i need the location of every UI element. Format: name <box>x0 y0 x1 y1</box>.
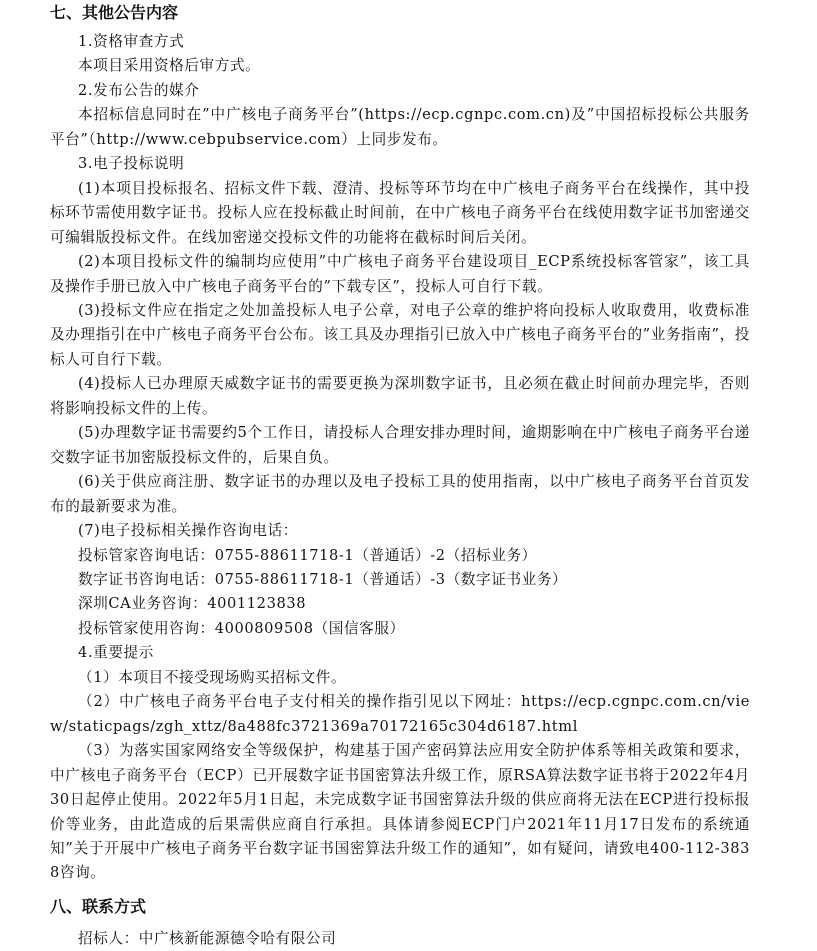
phone-shenzhen-ca: 深圳CA业务咨询：4001123838 <box>50 592 750 616</box>
phone-bid-manager-usage: 投标管家使用咨询：4000809508（国信客服） <box>50 617 750 641</box>
item-important-2: （2）中广核电子商务平台电子支付相关的操作指引见以下网址：https://ecp… <box>50 690 750 739</box>
item-ebid-6: (6)关于供应商注册、数字证书的办理以及电子投标工具的使用指南，以中广核电子商务… <box>50 470 750 519</box>
item-ebid-3: (3)投标文件应在指定之处加盖投标人电子公章，对电子公章的维护将向投标人收取费用… <box>50 299 750 372</box>
item-ebid-title: 3.电子投标说明 <box>50 152 750 176</box>
item-ebid-7-title: (7)电子投标相关操作咨询电话： <box>50 519 750 543</box>
item-media-title: 2.发布公告的媒介 <box>50 79 750 103</box>
item-important-3: （3）为落实国家网络安全等级保护，构建基于国产密码算法应用安全防护体系等相关政策… <box>50 739 750 886</box>
contact-tenderer: 招标人：中广核新能源德令哈有限公司 <box>50 927 750 951</box>
item-ebid-2: (2)本项目投标文件的编制均应使用”中广核电子商务平台建设项目_ECP系统投标客… <box>50 250 750 299</box>
item-qualification-title: 1.资格审查方式 <box>50 30 750 54</box>
item-ebid-4: (4)投标人已办理原天威数字证书的需要更换为深圳数字证书，且必须在截止时间前办理… <box>50 372 750 421</box>
section-heading-contact: 八、联系方式 <box>50 895 146 919</box>
item-important-title: 4.重要提示 <box>50 641 750 665</box>
phone-bid-manager: 投标管家咨询电话：0755-88611718-1（普通话）-2（招标业务） <box>50 544 750 568</box>
item-qualification-text: 本项目采用资格后审方式。 <box>50 54 750 78</box>
section-other-content-body: 1.资格审查方式 本项目采用资格后审方式。 2.发布公告的媒介 本招标信息同时在… <box>50 30 750 886</box>
phone-digital-cert: 数字证书咨询电话：0755-88611718-1（普通话）-3（数字证书业务） <box>50 568 750 592</box>
section-contact-body: 招标人：中广核新能源德令哈有限公司 <box>50 927 750 951</box>
section-heading-other-content: 七、其他公告内容 <box>50 1 178 25</box>
item-ebid-5: (5)办理数字证书需要约5个工作日，请投标人合理安排办理时间，逾期影响在中广核电… <box>50 421 750 470</box>
item-important-1: （1）本项目不接受现场购买招标文件。 <box>50 666 750 690</box>
item-ebid-1: (1)本项目投标报名、招标文件下载、澄清、投标等环节均在中广核电子商务平台在线操… <box>50 177 750 250</box>
item-media-text: 本招标信息同时在”中广核电子商务平台”(https://ecp.cgnpc.co… <box>50 103 750 152</box>
